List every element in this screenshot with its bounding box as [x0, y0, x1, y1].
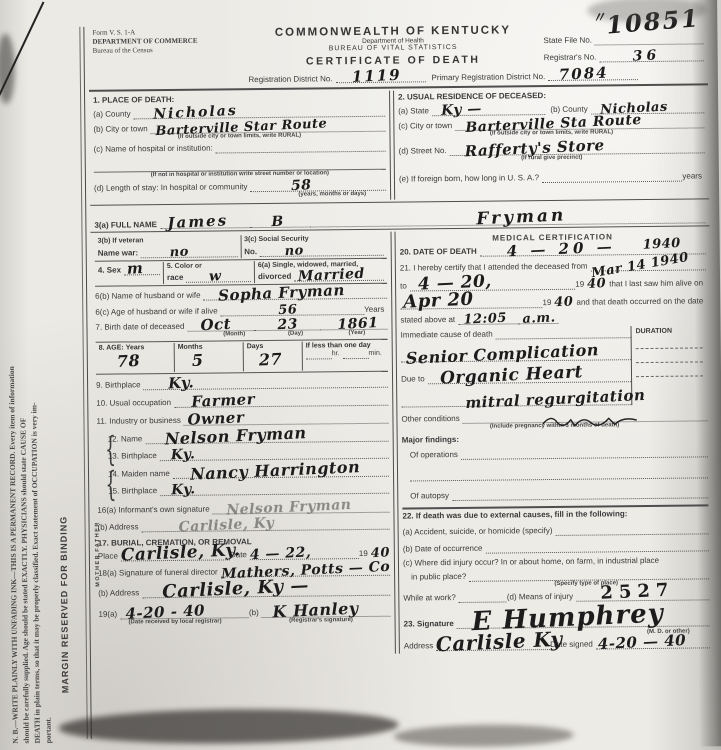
external-heading: 22. If death was due to external causes,…	[402, 509, 630, 521]
primary-district-value: 7084	[559, 64, 610, 84]
field-director-addr: (b) Address Carlisle, Ky —	[98, 584, 390, 599]
field-hospital: (c) Name of hospital or institution: (If…	[94, 140, 386, 180]
field-occurrence: (b) Date of occurrence	[403, 539, 709, 554]
age-months-cell: Months 5	[174, 342, 243, 372]
field-birthplace: 9. Birthplace Ky.	[96, 376, 388, 391]
date-signed-value: 4-20 — 40	[598, 631, 687, 653]
due-value1: Organic Heart	[439, 362, 583, 388]
field-res-city: (c) City or town Barterville Sta Route (…	[398, 116, 704, 138]
informant-sig-label: 16(a) Informant's own signature	[97, 505, 212, 516]
last-name-value: Fryman	[476, 205, 567, 229]
cause-cell: Immediate cause of death Senior Complica…	[401, 326, 632, 407]
age-years-value: 78	[116, 351, 140, 371]
field-occupation: 10. Usual occupation Farmer	[96, 394, 388, 409]
veteran-blank: no	[141, 245, 237, 258]
cause-blank2: Senior Complication	[401, 348, 631, 362]
burial-date-blank: 4 — 22,	[250, 547, 359, 560]
field-autopsy: Of autopsy	[410, 486, 708, 501]
birth-year-value: 1861	[337, 315, 379, 333]
date-signed-blank: 4-20 — 40	[596, 636, 710, 649]
father-name-value: Nelson Fryman	[164, 423, 307, 448]
mother-name-label: 14. Maiden name	[108, 469, 173, 480]
burial-place-blank: Carlisle, Ky.	[121, 548, 230, 561]
age-min-label: min.	[368, 349, 384, 359]
occurrence-blank	[485, 539, 709, 553]
hospital-blank	[216, 140, 386, 154]
last-saw-value: Apr 20	[403, 289, 474, 313]
cause-blank1	[496, 326, 631, 339]
state-file-label: State File No.	[543, 36, 595, 47]
foreign-blank	[542, 170, 682, 183]
header-left: Form V. S. 1-A DEPARTMENT OF COMMERCE Bu…	[92, 27, 242, 70]
field-received: 19(a) 4-20 - 40 (b) K Hanley	[98, 605, 390, 620]
registrar-no-blank: 36	[599, 49, 703, 62]
stated-label: stated above at	[400, 315, 458, 326]
field-burial-place: Place Carlisle, Ky. Date 4 — 22, 19 40	[98, 546, 390, 562]
field-spouse: 6(b) Name of husband or wife Sopha Fryma…	[95, 287, 387, 302]
time-value: 12:05	[463, 311, 507, 328]
ssn-value: no	[284, 243, 304, 259]
field-birthdate: 7. Birth date of deceased Oct 23 1861 (M…	[95, 318, 387, 340]
marital-cell: 6(a) Single, widowed, married, divorced …	[254, 259, 387, 283]
to-label: to	[400, 281, 410, 291]
res-city-label: (c) City or town	[398, 121, 455, 132]
field-res-street: (d) Street No. Rafferty's Store (If rura…	[399, 141, 705, 163]
marital-label2: divorced	[258, 272, 294, 282]
middle-name-blank: B	[250, 216, 310, 229]
autopsy-label: Of autopsy	[410, 491, 452, 501]
registrar-sig-blank: K Hanley	[262, 605, 391, 618]
occ-year-print: 19	[542, 298, 554, 308]
bureau-census: Bureau of the Census	[93, 45, 243, 56]
field-other-conditions: Other conditions (Include pregnancy with…	[401, 409, 707, 431]
spouse-age-suffix: Years	[364, 305, 387, 315]
birth-year-blank: 1861	[321, 318, 388, 331]
due-value2: mitral regurgitation	[465, 386, 646, 412]
time-blank: 12:05	[458, 312, 518, 325]
work-blank	[459, 590, 507, 603]
accident-blank	[555, 522, 708, 536]
age-days-cell: Days 27	[243, 342, 302, 372]
age-days-label: Days	[247, 343, 264, 350]
last-saw-blank: Apr 20	[400, 296, 542, 309]
county-blank: Nicholas	[134, 105, 386, 120]
age-label: 8. AGE:	[99, 344, 124, 351]
reg-district-blank: 1119	[335, 70, 425, 83]
dod-value: 4 — 20 —	[506, 237, 616, 260]
other-label: Other conditions	[401, 414, 462, 425]
father-side-label: FATHER	[95, 521, 101, 552]
stay-value: 58	[291, 177, 312, 194]
father-name-blank: Nelson Fryman	[145, 430, 388, 445]
county-label: (a) County	[93, 109, 133, 119]
director-addr-label: (b) Address	[98, 588, 142, 598]
color-cell: 5. Color or race w	[163, 261, 254, 284]
place-heading: 1. PLACE OF DEATH:	[93, 95, 177, 106]
informant-addr-label: (b) Address	[98, 522, 142, 532]
occurrence-label: (b) Date of occurrence	[403, 544, 486, 555]
primary-district-blank: 7084	[548, 68, 638, 81]
autopsy-blank	[452, 486, 708, 501]
informant-addr-blank: Carlisle, Ky	[141, 518, 389, 533]
received-blank: 4-20 - 40	[120, 606, 249, 619]
field-informant-addr: (b) Address Carlisle, Ky	[98, 518, 390, 533]
ssn-cell: 3(c) Social Security No. no	[240, 234, 387, 258]
field-informant-sig: 16(a) Informant's own signature Nelson F…	[97, 501, 389, 516]
field-funeral-director: 18(a) Signature of funeral director Math…	[98, 564, 390, 579]
main-sections: 3(b) If veteran Name war: no 3(c) Social…	[91, 228, 714, 656]
full-name-label: 3(a) FULL NAME	[94, 220, 160, 230]
burial-place-value: Carlisle, Ky.	[120, 540, 240, 565]
due-label: Due to	[401, 374, 428, 384]
margin-binding-label: MARGIN RESERVED FOR BINDING	[57, 363, 70, 693]
cause-label: Immediate cause of death	[401, 330, 496, 341]
certify-line3: Apr 20 19 40 and that death occurred on …	[400, 293, 706, 309]
physician-sig-blank: E Humphrey	[457, 614, 710, 629]
field-mother-name: 14. Maiden name Nancy Harrington	[108, 465, 389, 480]
physician-addr-label: Address	[404, 641, 436, 651]
header-right: 10851 State File No. Registrar's No. 36	[543, 22, 703, 65]
certificate-form: Form V. S. 1-A DEPARTMENT OF COMMERCE Bu…	[88, 20, 714, 738]
field-foreign-born: (e) If foreign born, how long in U. S. A…	[399, 169, 705, 184]
attended-from-blank: Mar 14 1940	[590, 258, 705, 271]
registrar-no-label: Registrar's No.	[544, 52, 600, 63]
other-blank	[463, 409, 708, 424]
where-label2: in public place?	[411, 572, 469, 583]
ssn-blank: no	[260, 243, 384, 256]
certify-line4: stated above at 12:05 a.m.	[400, 310, 706, 325]
last-saw-label: that I last saw him alive on	[606, 278, 706, 289]
color-blank: w	[186, 270, 251, 283]
age-row: 8. AGE: Years 78 Months 5 Days 27 If	[96, 339, 388, 375]
findings-label: Major findings:	[402, 435, 462, 446]
father-bp-value: Ky.	[171, 446, 196, 463]
registrar-no-value: 36	[632, 47, 660, 64]
county-value: Nicholas	[153, 103, 238, 123]
residence-section: 2. USUAL RESIDENCE OF DECEASED: (a) Stat…	[394, 87, 709, 199]
field-stay: (d) Length of stay: In hospital or commu…	[94, 179, 386, 201]
birthplace-label: 9. Birthplace	[96, 380, 144, 390]
marital-blank: Married	[294, 269, 384, 282]
certify-line1: 21. I hereby certify that I attended the…	[400, 258, 706, 273]
operations-blank2	[410, 466, 708, 481]
veteran-label2: Name war:	[98, 248, 142, 258]
certificate-paper: N. B.—WRITE PLAINLY WITH UNFADING INK—TH…	[0, 0, 721, 750]
director-addr-value: Carlisle, Ky —	[162, 575, 309, 603]
res-street-label: (d) Street No.	[399, 146, 450, 157]
ssn-label2: No.	[244, 247, 260, 257]
registrar-sig-label: (b)	[249, 608, 262, 618]
birth-day-blank: 23	[254, 318, 321, 331]
means-label: (d) Means of injury	[507, 592, 576, 603]
sex-label: 4. Sex	[98, 265, 124, 275]
sex-cell: 4. Sex m	[95, 262, 163, 285]
margin-note: N. B.—WRITE PLAINLY WITH UNFADING INK—TH…	[3, 123, 53, 743]
burial-date-value: 4 — 22,	[250, 544, 312, 563]
mother-name-blank: Nancy Harrington	[173, 465, 389, 479]
work-label: While at work?	[403, 593, 459, 604]
spouse-age-blank: 56	[221, 303, 365, 317]
physician-sig-label: 23. Signature	[404, 619, 457, 630]
form-header: Form V. S. 1-A DEPARTMENT OF COMMERCE Bu…	[88, 20, 707, 69]
last-saw-year-hw: 40	[554, 294, 574, 310]
reg-district-label: Registration District No.	[248, 74, 335, 84]
field-county: (a) County Nicholas	[93, 105, 385, 120]
state-file-blank	[595, 32, 704, 45]
veteran-ssn-row: 3(b) If veteran Name war: no 3(c) Social…	[95, 234, 387, 262]
due-blank2: mitral regurgitation	[401, 393, 631, 407]
age-days-value: 27	[258, 349, 282, 369]
age-months-value: 5	[191, 350, 203, 370]
state-file-row: State File No.	[543, 32, 703, 46]
first-name-blank: James	[160, 216, 250, 229]
sex-value: m	[126, 258, 143, 277]
where-label1: (c) Where did injury occur? In or about …	[403, 556, 662, 569]
field-physician-addr: Address Carlisle Ky Date signed 4-20 — 4…	[404, 636, 710, 651]
accident-label: (a) Accident, suicide, or homicide (spec…	[403, 526, 556, 538]
time-suffix: a.m.	[522, 310, 556, 326]
birth-month-value: Oct	[200, 315, 231, 334]
reg-district-value: 1119	[351, 66, 402, 86]
to-year-hw: 40	[587, 276, 607, 292]
operations-label: Of operations	[410, 450, 461, 461]
illegible-scrawl	[524, 413, 659, 428]
mother-bp-value: Ky.	[171, 481, 196, 498]
primary-district-label: Primary Registration District No.	[425, 72, 548, 82]
birth-month-blank: Oct	[187, 319, 254, 332]
binding-margin: N. B.—WRITE PLAINLY WITH UNFADING INK—TH…	[0, 33, 92, 750]
due-blank1: Organic Heart	[428, 370, 632, 384]
stay-blank: 58	[250, 179, 386, 192]
mother-section: { MOTHER 14. Maiden name Nancy Harringto…	[108, 465, 389, 497]
duration-blank2	[636, 348, 703, 363]
birth-day-value: 23	[277, 316, 298, 333]
top-sections: 1. PLACE OF DEATH: (a) County Nicholas (…	[89, 87, 709, 202]
director-addr-blank: Carlisle, Ky —	[142, 584, 390, 599]
duration-blank3	[636, 362, 703, 377]
mother-name-value: Nancy Harrington	[190, 457, 361, 484]
burial-year-print: 19	[359, 549, 371, 559]
field-spouse-age: 6(c) Age of husband or wife if alive 56 …	[95, 303, 387, 318]
certify-label: 21. I hereby certify that I attended the…	[400, 262, 591, 274]
sex-blank: m	[124, 263, 160, 275]
city-label: (b) City or town	[93, 124, 150, 135]
birthplace-value: Ky.	[168, 373, 195, 392]
age-years-cell: 8. AGE: Years 78	[96, 343, 174, 373]
informant-addr-value: Carlisle, Ky	[178, 515, 274, 535]
cause-duration-grid: Immediate cause of death Senior Complica…	[401, 325, 708, 407]
director-label: 18(a) Signature of funeral director	[98, 567, 221, 578]
time-suffix-blank: a.m.	[518, 312, 558, 324]
informant-sig-blank: Nelson Fryman	[213, 501, 390, 515]
field-due-to: Due to Organic Heart	[401, 370, 631, 384]
res-state-label: (a) State	[398, 106, 432, 116]
hospital-label: (c) Name of hospital or institution:	[94, 144, 216, 155]
mother-brace: {	[105, 465, 116, 505]
dod-label: 20. DATE OF DEATH	[400, 247, 480, 258]
field-city: (b) City or town Barterville Star Route …	[93, 120, 385, 142]
field-mother-bp: 15. Birthplace Ky.	[108, 482, 389, 497]
color-label2: race	[167, 273, 187, 283]
place-of-death-section: 1. PLACE OF DEATH: (a) County Nicholas (…	[89, 91, 390, 203]
spouse-blank: Sopha Fryman	[203, 287, 387, 301]
to-year-print: 19	[575, 280, 587, 290]
occupation-blank: Farmer	[174, 394, 388, 408]
occupation-value: Farmer	[191, 390, 256, 411]
field-operations: Of operations	[410, 445, 708, 460]
burial-place-label: Place	[98, 552, 121, 562]
birthplace-blank: Ky.	[143, 376, 388, 391]
foreign-label: (e) If foreign born, how long in U. S. A…	[399, 173, 542, 184]
res-county-label: (b) County	[545, 105, 590, 115]
dod-year: 1940	[642, 236, 681, 253]
duration-blank1	[636, 334, 703, 349]
left-column: 3(b) If veteran Name war: no 3(c) Social…	[91, 232, 395, 657]
field-industry: 11. Industry or business Owner	[96, 412, 388, 427]
field-means: While at work? (d) Means of injury 2527	[403, 588, 709, 603]
right-column: MEDICAL CERTIFICATION 20. DATE OF DEATH …	[396, 228, 714, 653]
spouse-label: 6(b) Name of husband or wife	[95, 291, 203, 302]
age-hr-label: hr.	[332, 349, 343, 359]
stay-label: (d) Length of stay: In hospital or commu…	[94, 182, 251, 194]
veteran-value: no	[170, 244, 190, 260]
header-center: COMMONWEALTH OF KENTUCKY Department of H…	[242, 24, 543, 68]
field-accident: (a) Accident, suicide, or homicide (spec…	[403, 522, 709, 537]
veteran-cell: 3(b) If veteran Name war: no	[95, 235, 241, 259]
field-res-state-county: (a) State Ky — (b) County Nicholas	[398, 101, 704, 116]
res-state-value: Ky —	[441, 101, 482, 119]
occupation-label: 10. Usual occupation	[96, 398, 174, 409]
registrar-sig-value: K Hanley	[272, 599, 359, 622]
occurred-label: and that death occurred on the date	[573, 296, 706, 307]
received-label: 19(a)	[98, 610, 120, 620]
color-value: w	[209, 268, 222, 285]
mother-side-label: MOTHER	[95, 554, 101, 587]
first-name-value: James	[167, 211, 228, 232]
scanned-death-certificate: N. B.—WRITE PLAINLY WITH UNFADING INK—TH…	[0, 0, 721, 750]
physician-addr-value: Carlisle Ky	[436, 627, 564, 657]
mother-bp-blank: Ky.	[160, 482, 389, 496]
field-father-name: 12. Name Nelson Fryman	[108, 430, 389, 445]
received-value: 4-20 - 40	[125, 601, 205, 623]
operations-blank	[461, 445, 708, 460]
registrar-no-row: Registrar's No. 36	[544, 49, 704, 63]
city-blank: Barterville Star Route	[151, 120, 386, 134]
physician-addr-blank: Carlisle Ky	[436, 638, 550, 651]
informant-sig-value: Nelson Fryman	[226, 497, 352, 519]
industry-label: 11. Industry or business	[96, 416, 183, 427]
age-less-cell: If less than one day hr. min.	[302, 341, 388, 371]
res-state-blank: Ky —	[432, 103, 546, 116]
middle-name-value: B	[271, 214, 284, 231]
